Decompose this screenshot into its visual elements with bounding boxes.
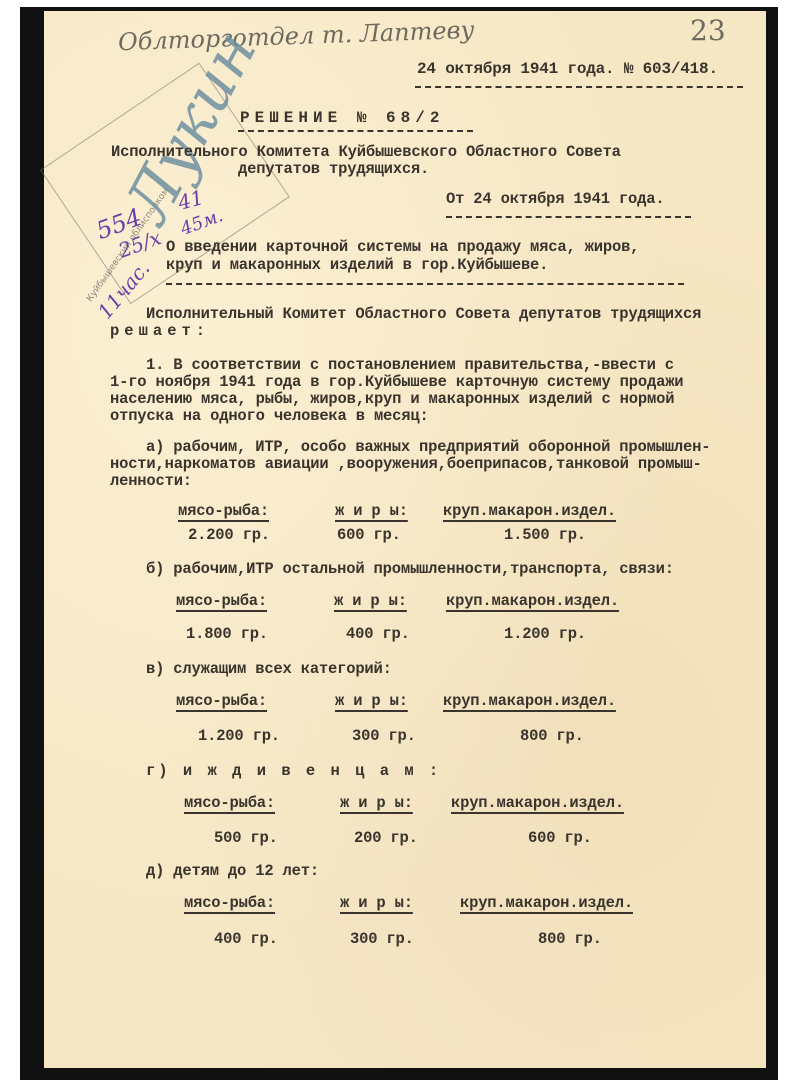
category-v-value-meat: 1.200 гр. bbox=[198, 727, 280, 745]
category-d-value-meat: 400 гр. bbox=[214, 930, 278, 948]
category-a-header-fats: ж и р ы: bbox=[335, 502, 408, 520]
document-title: РЕШЕНИЕ № 68/2 bbox=[240, 109, 444, 127]
page-number: 23 bbox=[690, 14, 726, 47]
clause-1-line-2: 1-го ноября 1941 года в гор.Куйбышеве ка… bbox=[110, 373, 683, 391]
subject-line-1: О введении карточной системы на продажу … bbox=[166, 238, 639, 256]
category-a-value-fats: 600 гр. bbox=[337, 526, 401, 544]
category-g-header-grains: круп.макарон.издел. bbox=[451, 794, 624, 812]
category-v-value-fats: 300 гр. bbox=[352, 727, 416, 745]
category-g-header-fats: ж и р ы: bbox=[340, 794, 413, 812]
date-underline bbox=[446, 216, 691, 218]
category-d-value-grains: 800 гр. bbox=[538, 930, 602, 948]
header-underline bbox=[415, 86, 743, 88]
category-b-header-meat: мясо-рыба: bbox=[176, 592, 267, 610]
category-a-label-line-2: ности,наркоматов авиации ,вооружения,бое… bbox=[110, 455, 702, 473]
subject-line-2: круп и макаронных изделий в гор.Куйбышев… bbox=[166, 256, 548, 274]
clause-1-line-4: отпуска на одного человека в месяц: bbox=[110, 407, 429, 425]
category-g-value-fats: 200 гр. bbox=[354, 829, 418, 847]
category-g-value-grains: 600 гр. bbox=[528, 829, 592, 847]
category-a-label-line-3: ленности: bbox=[110, 472, 192, 490]
category-a-header-meat: мясо-рыба: bbox=[178, 502, 269, 520]
category-v-header-fats: ж и р ы: bbox=[335, 692, 408, 710]
category-d-header-fats: ж и р ы: bbox=[340, 894, 413, 912]
category-g-value-meat: 500 гр. bbox=[214, 829, 278, 847]
category-a-value-grains: 1.500 гр. bbox=[504, 526, 586, 544]
category-v-header-meat: мясо-рыба: bbox=[176, 692, 267, 710]
category-b-header-grains: круп.макарон.издел. bbox=[446, 592, 619, 610]
category-a-header-grains: круп.макарон.издел. bbox=[443, 502, 616, 520]
clause-1-line-3: населению мяса, рыбы, жиров,круп и макар… bbox=[110, 390, 674, 408]
decision-date: От 24 октября 1941 года. bbox=[446, 190, 664, 208]
header-date-number: 24 октября 1941 года. № 603/418. bbox=[417, 60, 718, 78]
category-b-value-grains: 1.200 гр. bbox=[504, 625, 586, 643]
category-v-value-grains: 800 гр. bbox=[520, 727, 584, 745]
category-d-value-fats: 300 гр. bbox=[350, 930, 414, 948]
preamble-line-2: решает: bbox=[110, 322, 210, 340]
category-b-value-meat: 1.800 гр. bbox=[186, 625, 268, 643]
preamble-line-1: Исполнительный Комитет Областного Совета… bbox=[146, 305, 701, 323]
category-b-label: б) рабочим,ИТР остальной промышленности,… bbox=[146, 560, 674, 578]
category-g-label: г) и ж д и в е н ц а м : bbox=[146, 762, 441, 780]
category-d-label: д) детям до 12 лет: bbox=[146, 862, 319, 880]
category-d-header-grains: круп.макарон.издел. bbox=[460, 894, 633, 912]
issuer-line-2: депутатов трудящихся. bbox=[238, 160, 429, 178]
issuer-line-1: Исполнительного Комитета Куйбышевского О… bbox=[111, 143, 621, 161]
category-v-header-grains: круп.макарон.издел. bbox=[443, 692, 616, 710]
category-v-label: в) служащим всех категорий: bbox=[146, 660, 392, 678]
title-underline bbox=[238, 130, 473, 132]
category-d-header-meat: мясо-рыба: bbox=[184, 894, 275, 912]
category-g-header-meat: мясо-рыба: bbox=[184, 794, 275, 812]
category-a-value-meat: 2.200 гр. bbox=[188, 526, 270, 544]
category-b-header-fats: ж и р ы: bbox=[334, 592, 407, 610]
category-a-label-line-1: а) рабочим, ИТР, особо важных предприяти… bbox=[146, 438, 710, 456]
category-b-value-fats: 400 гр. bbox=[346, 625, 410, 643]
clause-1-line-1: 1. В соответствии с постановлением прави… bbox=[146, 356, 674, 374]
subject-underline bbox=[166, 283, 684, 285]
